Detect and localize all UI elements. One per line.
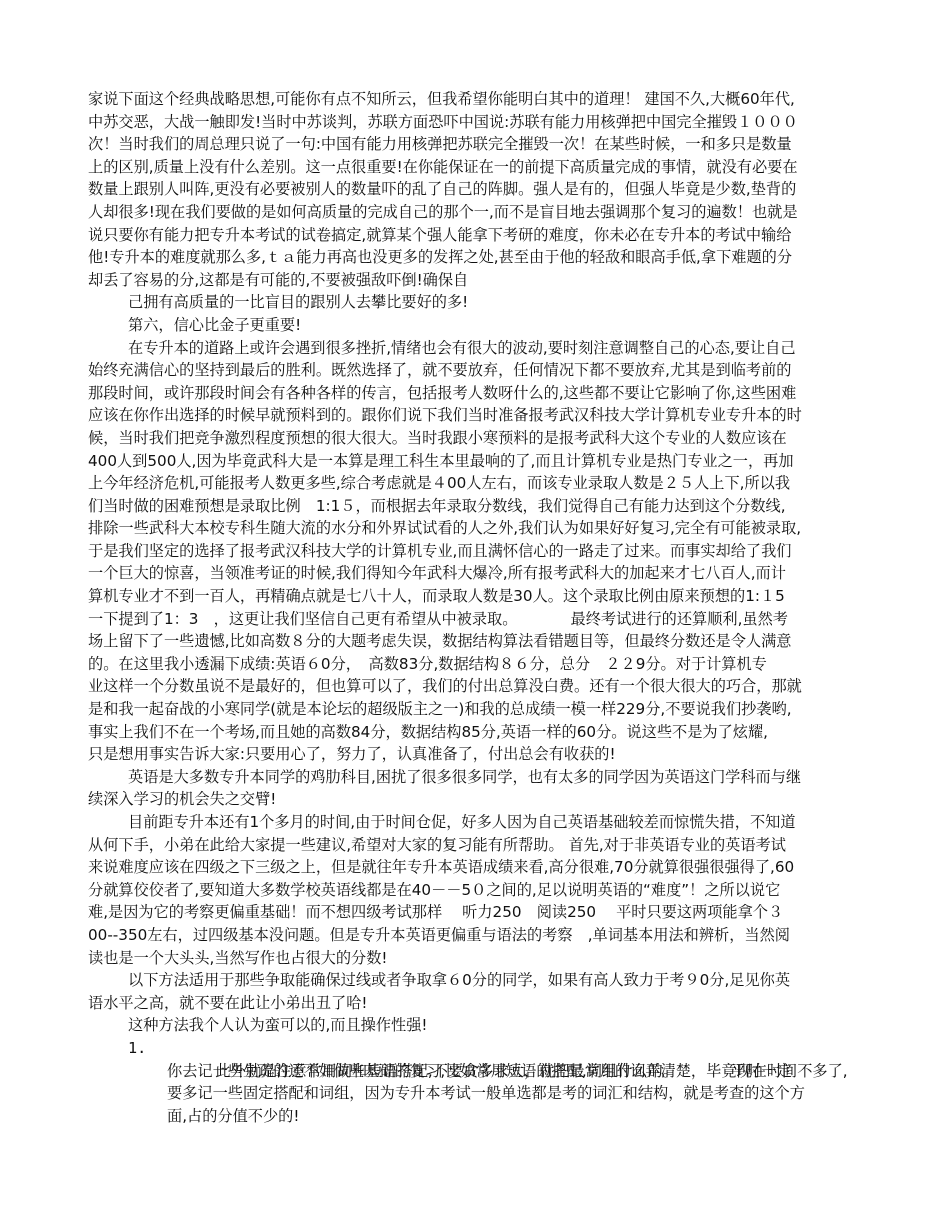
text-line: 以下方法适用于那些争取能确保过线或者争取拿６0分的同学，如果有高人致力于考９0分… — [88, 969, 868, 992]
paragraph-quality: 己拥有高质量的一比盲目的跟别人去攀比要好的多! — [88, 291, 868, 314]
text-line: 场上留下了一些遗憾,比如高数８分的大题考虑失误，数据结构算法看错题目等，但最终分… — [88, 630, 868, 653]
text-line: 那段时间，或许那段时间会有各种各样的传言，包括报考人数呀什么的,这些都不要让它影… — [88, 382, 868, 405]
text-line: 候，当时我们把竞争激烈程度预想的很大很大。当时我跟小寒预料的是报考武科大这个专业… — [88, 427, 868, 450]
text-line: 业这样一个分数虽说不是最好的，但也算可以了，我们的付出总算没白费。还有一个很大很… — [88, 675, 868, 698]
text-line: 始终充满信心的坚持到最后的胜利。既然选择了，就不要放弃，任何情况下都不要放弃,尤… — [88, 359, 868, 382]
paragraph-english-advice: 目前距专升本还有1个多月的时间,由于时间仓促，好多人因为自己英语基础较差而惊慌失… — [88, 811, 868, 969]
text-line: 上的区别,质量上没有什么差别。这一点很重要!在你能保证在一的前提下高质量完成的事… — [88, 156, 868, 179]
text-line: 一个巨大的惊喜，当领准考证的时候,我们得知今年武科大爆冷,所有报考武科大的加起来… — [88, 562, 868, 585]
text-line: 的。在这里我小透漏下成绩:英语６0分， 高数83分,数据结构８６分，总分 ２２9… — [88, 653, 868, 676]
section-heading-six: 第六，信心比金子更重要! — [88, 314, 868, 337]
text-line: 人却很多!现在我们要做的是如何高质量的完成自己的那个一,而不是盲目地去强调那个复… — [88, 201, 868, 224]
text-line: 一下提到了1：3 ，这更让我们坚信自己更有希望从中被录取。 最终考试进行的还算顺… — [88, 608, 868, 631]
text-line: 这种方法我个人认为蛮可以的,而且操作性强! — [88, 1014, 868, 1037]
list-line: 要多记一些固定搭配和词组，因为专升本考试一般单选都是考的词汇和结构，就是考查的这… — [88, 1082, 868, 1105]
list-item: 1.此外就是注意常用词和短语搭配,不要贪多求大，就把最常用的词弄清楚，毕竟现在时… — [88, 1037, 868, 1127]
text-line: 却丢了容易的分,这都是有可能的,不要被强敌吓倒!确保自 — [88, 269, 868, 292]
heading-line: 第六，信心比金子更重要! — [88, 314, 868, 337]
text-line: 己拥有高质量的一比盲目的跟别人去攀比要好的多! — [88, 291, 868, 314]
text-line: 难,是因为它的考察更偏重基础！而不想四级考试那样 听力250 阅读250 平时只… — [88, 901, 868, 924]
text-line: 说只要你有能力把专升本考试的试卷搞定,就算某个强人能拿下考研的难度，你未必在专升… — [88, 224, 868, 247]
paragraph-strategy: 家说下面这个经典战略思想,可能你有点不知所云，但我希望你能明白其中的道理！ 建国… — [88, 88, 868, 291]
text-line: 应该在你作出选择的时候早就预料到的。跟你们说下我们当时准备报考武汉科技大学计算机… — [88, 404, 868, 427]
text-line: 于是我们坚定的选择了报考武汉科技大学的计算机专业,而且满怀信心的一路走了过来。而… — [88, 540, 868, 563]
paragraph-method-scope: 以下方法适用于那些争取能确保过线或者争取拿６0分的同学，如果有高人致力于考９0分… — [88, 969, 868, 1014]
text-line: 数量上跟别人叫阵,更没有必要被别人的数量吓的乱了自己的阵脚。强人是有的，但强人毕… — [88, 178, 868, 201]
text-line: 次！当时我们的周总理只说了一句:中国有能力用核弹把苏联完全摧毁一次！在某些时候，… — [88, 133, 868, 156]
list-line: 你去记一些生疏的还不如做些基础的复习,比如常用短语的搭配,词组什么的。 平时一定 — [88, 1060, 868, 1083]
list-number: 1. — [128, 1037, 146, 1060]
list-line: 面,占的分值不少的! — [88, 1105, 868, 1128]
list-line: 1.此外就是注意常用词和短语搭配,不要贪多求大，就把最常用的词弄清楚，毕竟现在时… — [88, 1037, 868, 1060]
text-line: 他!专升本的难度就那么多,ｔａ能力再高也没更多的发挥之处,甚至由于他的轻敌和眼高… — [88, 246, 868, 269]
text-line: 来说难度应该在四级之下三级之上，但是就往年专升本英语成绩来看,高分很难,70分就… — [88, 856, 868, 879]
text-line: 语水平之高，就不要在此让小弟出丑了哈! — [88, 992, 868, 1015]
text-line: 排除一些武科大本校专科生随大流的水分和外界试试看的人之外,我们认为如果好好复习,… — [88, 517, 868, 540]
text-line: 中苏交恶，大战一触即发!当时中苏谈判，苏联方面恐吓中国说:苏联有能力用核弹把中国… — [88, 111, 868, 134]
text-line: 续深入学习的机会失之交臂! — [88, 788, 868, 811]
paragraph-confidence: 在专升本的道路上或许会遇到很多挫折,情绪也会有很大的波动,要时刻注意调整自己的心… — [88, 337, 868, 766]
document-page: 家说下面这个经典战略思想,可能你有点不知所云，但我希望你能明白其中的道理！ 建国… — [0, 0, 950, 1230]
text-line: 只是想用事实告诉大家:只要用心了，努力了，认真准备了，付出总会有收获的! — [88, 743, 868, 766]
numbered-list: 1.此外就是注意常用词和短语搭配,不要贪多求大，就把最常用的词弄清楚，毕竟现在时… — [88, 1037, 868, 1127]
text-line: 事实上我们不在一个考场,而且她的高数84分，数据结构85分,英语一样的60分。说… — [88, 721, 868, 744]
text-line: 读也是一个大头头,当然写作也占很大的分数! — [88, 947, 868, 970]
text-line: 是和我一起奋战的小寒同学(就是本论坛的超级版主之一)和我的总成绩一模一样229分… — [88, 698, 868, 721]
text-line: 们当时做的困难预想是录取比例 1:1５，而根据去年录取分数线，我们觉得自己有能力… — [88, 495, 868, 518]
text-line: 上今年经济危机,可能报考人数更多些,综合考虑就是４00人左右，而该专业录取人数是… — [88, 472, 868, 495]
text-line: 英语是大多数专升本同学的鸡肋科目,困扰了很多很多同学，也有太多的同学因为英语这门… — [88, 766, 868, 789]
document-body: 家说下面这个经典战略思想,可能你有点不知所云，但我希望你能明白其中的道理！ 建国… — [88, 88, 868, 1127]
text-line: 算机专业才不到一百人，再精确点就是七八十人，而录取人数是30人。这个录取比例由原… — [88, 585, 868, 608]
text-line: 分就算佼佼者了,要知道大多数学校英语线都是在40－－5０之间的,足以说明英语的“… — [88, 879, 868, 902]
text-line: 目前距专升本还有1个多月的时间,由于时间仓促，好多人因为自己英语基础较差而惊慌失… — [88, 811, 868, 834]
text-line: 从何下手，小弟在此给大家提一些建议,希望对大家的复习能有所帮助。 首先,对于非英… — [88, 834, 868, 857]
text-line: 家说下面这个经典战略思想,可能你有点不知所云，但我希望你能明白其中的道理！ 建国… — [88, 88, 868, 111]
text-line: 400人到500人,因为毕竟武科大是一本算是理工科生本里最响的了,而且计算机专业… — [88, 450, 868, 473]
text-line: 在专升本的道路上或许会遇到很多挫折,情绪也会有很大的波动,要时刻注意调整自己的心… — [88, 337, 868, 360]
paragraph-method-opinion: 这种方法我个人认为蛮可以的,而且操作性强! — [88, 1014, 868, 1037]
paragraph-english-intro: 英语是大多数专升本同学的鸡肋科目,困扰了很多很多同学，也有太多的同学因为英语这门… — [88, 766, 868, 811]
text-line: 00--350左右，过四级基本没问题。但是专升本英语更偏重与语法的考察 ,单词基… — [88, 924, 868, 947]
